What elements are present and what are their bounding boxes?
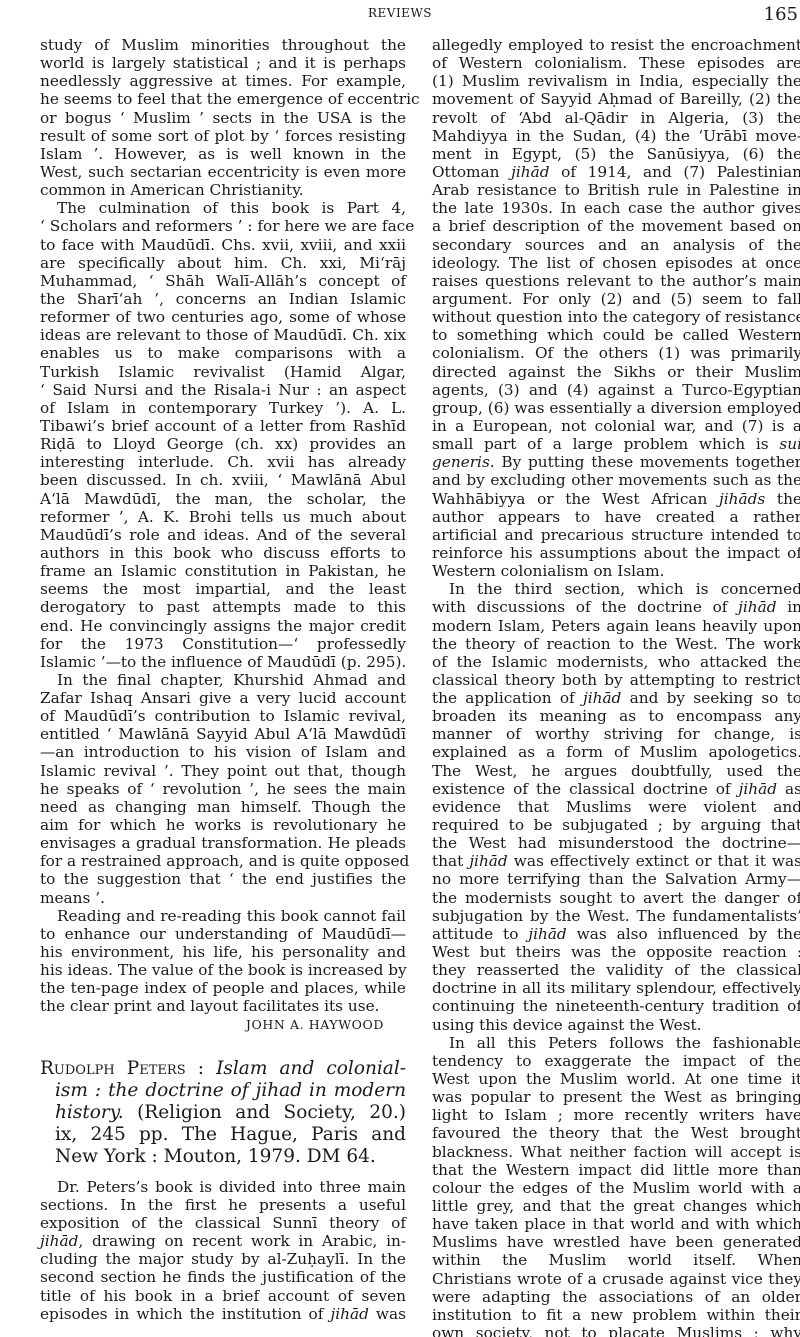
- text-line: Islamic revival ’. They point out that, …: [40, 762, 406, 780]
- text-line: to face with Maudūdī. Chs. xvii, xviii, …: [40, 236, 406, 254]
- text-line: Arab resistance to British rule in Pales…: [432, 181, 800, 199]
- text-line: he seems to feel that the emergence of e…: [40, 90, 406, 108]
- text-line: Wahhābiyya or the West African jihāds th…: [432, 490, 800, 508]
- text-line: broaden its meaning as to encompass any: [432, 707, 800, 725]
- text-line: classical theory both by attempting to r…: [432, 671, 800, 689]
- paragraph-final-chapter: In the final chapter, Khurshid Ahmad and…: [40, 671, 406, 907]
- text-line: second section he finds the justificatio…: [40, 1268, 406, 1286]
- text-line: the ten-page index of people and places,…: [40, 979, 406, 997]
- text-line: seems the most impartial, and the least: [40, 580, 406, 598]
- series-info: (Religion and Society, 20.): [124, 1102, 406, 1123]
- text-line: Turkish Islamic revivalist (Hamid Algar,: [40, 363, 406, 381]
- text-line: his environment, his life, his personali…: [40, 943, 406, 961]
- text-line: the clear print and layout facilitates i…: [40, 997, 406, 1015]
- text-line: Riḍā to Lloyd George (ch. xx) provides a…: [40, 435, 406, 453]
- text-line: they reasserted the validity of the clas…: [432, 961, 800, 979]
- text-line: means ’.: [40, 889, 406, 907]
- text-line: using this device against the West.: [432, 1016, 800, 1034]
- text-line: West upon the Muslim world. At one time …: [432, 1070, 800, 1088]
- text-line: generis. By putting these movements toge…: [432, 453, 800, 471]
- text-line: The West, he argues doubtfully, used the: [432, 762, 800, 780]
- text-line: common in American Christianity.: [40, 181, 406, 199]
- paragraph-culmination: The culmination of this book is Part 4, …: [40, 199, 406, 671]
- text-line: of Western colonialism. These episodes a…: [432, 54, 800, 72]
- text-line: In the third section, which is concerned: [432, 580, 800, 598]
- text-line: ment in Egypt, (5) the Sanūsiyya, (6) th…: [432, 145, 800, 163]
- text-line: Muhammad, ‘ Shāh Walī-Allāh’s concept of: [40, 272, 406, 290]
- text-line: tendency to exaggerate the impact of the: [432, 1052, 800, 1070]
- text-line: or bogus ‘ Muslim ’ sects in the USA is …: [40, 109, 406, 127]
- text-line: in a European, not colonial war, and (7)…: [432, 417, 800, 435]
- running-head: REVIEWS 165: [0, 4, 800, 26]
- text-line: and by excluding other movements such as…: [432, 471, 800, 489]
- text-line: interesting interlude. Ch. xvii has alre…: [40, 453, 406, 471]
- text-line: envisages a gradual transformation. He p…: [40, 834, 406, 852]
- text-line: to the suggestion that ‘ the end justifi…: [40, 870, 406, 888]
- left-column: study of Muslim minorities throughout th…: [40, 36, 406, 1323]
- text-line: the West had misunderstood the doctrine—: [432, 834, 800, 852]
- text-line: ‘ Said Nursi and the Risala-i Nur : an a…: [40, 381, 406, 399]
- text-line: West but theirs was the opposite reactio…: [432, 943, 800, 961]
- text-line: ideas are relevant to those of Maudūdī. …: [40, 326, 406, 344]
- page-number: 165: [764, 4, 798, 25]
- text-line: In the final chapter, Khurshid Ahmad and: [40, 671, 406, 689]
- text-line: the modernists sought to avert the dange…: [432, 889, 800, 907]
- text-line: colonialism. Of the others (1) was prima…: [432, 344, 800, 362]
- paragraph-conclusion: Reading and re-reading this book cannot …: [40, 907, 406, 1016]
- reviewer-signature: JOHN A. HAYWOOD: [40, 1016, 406, 1034]
- text-line: to enhance our understanding of Maudūdī—: [40, 925, 406, 943]
- text-line: ideology. The list of chosen episodes at…: [432, 254, 800, 272]
- text-line: attitude to jihād was also influenced by…: [432, 925, 800, 943]
- text-line: the application of jihād and by seeking …: [432, 689, 800, 707]
- text-line: entitled ‘ Mawlānā Sayyid Abul A‘lā Mawd…: [40, 725, 406, 743]
- text-line: jihād, drawing on recent work in Arabic,…: [40, 1232, 406, 1250]
- text-line: the theory of reaction to the West. The …: [432, 635, 800, 653]
- text-line: existence of the classical doctrine of j…: [432, 780, 800, 798]
- text-line: institution to fit a new problem within …: [432, 1306, 800, 1324]
- text-line: continuing the nineteenth-century tradit…: [432, 997, 800, 1015]
- text-line: the Sharī‘ah ’, concerns an Indian Islam…: [40, 290, 406, 308]
- text-line: episodes in which the institution of jih…: [40, 1305, 406, 1323]
- text-line: little grey, and that the great changes …: [432, 1197, 800, 1215]
- text-line: a brief description of the movement base…: [432, 217, 800, 235]
- text-line: colour the edges of the Muslim world wit…: [432, 1179, 800, 1197]
- text-line: was popular to present the West as bring…: [432, 1088, 800, 1106]
- text-line: frame an Islamic constitution in Pakista…: [40, 562, 406, 580]
- heading-line: Rudolph Peters : Islam and colonial-: [40, 1058, 406, 1080]
- text-line: ‘ Scholars and reformers ’ : for here we…: [40, 217, 406, 235]
- text-line: his ideas. The value of the book is incr…: [40, 961, 406, 979]
- text-line: own society, not to placate Muslims ; wh…: [432, 1324, 800, 1337]
- text-line: he speaks of ‘ revolution ’, he sees the…: [40, 780, 406, 798]
- text-line: authors in this book who discuss efforts…: [40, 544, 406, 562]
- text-line: The culmination of this book is Part 4,: [40, 199, 406, 217]
- text-line: are specifically about him. Ch. xxi, Mi‘…: [40, 254, 406, 272]
- text-line: explained as a form of Muslim apologetic…: [432, 743, 800, 761]
- text-line: required to be subjugated ; by arguing t…: [432, 816, 800, 834]
- text-line: enables us to make comparisons with a: [40, 344, 406, 362]
- text-line: evidence that Muslims were violent and: [432, 798, 800, 816]
- text-line: no more terrifying than the Salvation Ar…: [432, 870, 800, 888]
- text-line: —an introduction to his vision of Islam …: [40, 743, 406, 761]
- text-line: A‘lā Mawdūdī, the man, the scholar, the: [40, 490, 406, 508]
- text-line: Islamic ’—to the influence of Maudūdī (p…: [40, 653, 406, 671]
- text-line: subjugation by the West. The fundamental…: [432, 907, 800, 925]
- text-line: blackness. What neither faction will acc…: [432, 1143, 800, 1161]
- text-line: Mahdiyya in the Sudan, (4) the ‘Urābī mo…: [432, 127, 800, 145]
- review-heading: Rudolph Peters : Islam and colonial- ism…: [40, 1058, 406, 1168]
- text-line: author appears to have created a rather: [432, 508, 800, 526]
- text-line: Ottoman jihād of 1914, and (7) Palestini…: [432, 163, 800, 181]
- text-line: world is largely statistical ; and it is…: [40, 54, 406, 72]
- text-line: end. He convincingly assigns the major c…: [40, 617, 406, 635]
- text-line: West, such sectarian eccentricity is eve…: [40, 163, 406, 181]
- text-line: of Maudūdī’s contribution to Islamic rev…: [40, 707, 406, 725]
- paragraph-minorities: study of Muslim minorities throughout th…: [40, 36, 406, 199]
- text-line: Islam ’. However, as is well known in th…: [40, 145, 406, 163]
- text-line: reformer of two centuries ago, some of w…: [40, 308, 406, 326]
- text-line: have taken place in that world and with …: [432, 1215, 800, 1233]
- text-line: movement of Sayyid Aḥmad of Bareilly, (2…: [432, 90, 800, 108]
- text-line: of the Islamic modernists, who attacked …: [432, 653, 800, 671]
- text-line: Maudūdī’s role and ideas. And of the sev…: [40, 526, 406, 544]
- text-line: raises questions relevant to the author’…: [432, 272, 800, 290]
- text-line: Muslims have wrestled have been generate…: [432, 1233, 800, 1251]
- text-line: need as changing man himself. Though the: [40, 798, 406, 816]
- text-line: Zafar Ishaq Ansari give a very lucid acc…: [40, 689, 406, 707]
- text-line: were adapting the associations of an old…: [432, 1288, 800, 1306]
- text-line: title of his book in a brief account of …: [40, 1287, 406, 1305]
- book-author: Rudolph Peters: [40, 1058, 186, 1079]
- text-line: to something which could be called Weste…: [432, 326, 800, 344]
- text-line: modern Islam, Peters again leans heavily…: [432, 617, 800, 635]
- text-line: been discussed. In ch. xviii, ‘ Mawlānā …: [40, 471, 406, 489]
- text-line: Tibawi’s brief account of a letter from …: [40, 417, 406, 435]
- text-line: small part of a large problem which is s…: [432, 435, 800, 453]
- text-line: aim for which he works is revolutionary …: [40, 816, 406, 834]
- text-line: within the Muslim world itself. When: [432, 1251, 800, 1269]
- text-line: doctrine in all its military splendour, …: [432, 979, 800, 997]
- text-line: agents, (3) and (4) against a Turco-Egyp…: [432, 381, 800, 399]
- text-line: (1) Muslim revivalism in India, especial…: [432, 72, 800, 90]
- text-line: of Islam in contemporary Turkey ’). A. L…: [40, 399, 406, 417]
- text-line: In all this Peters follows the fashionab…: [432, 1034, 800, 1052]
- text-line: study of Muslim minorities throughout th…: [40, 36, 406, 54]
- paragraph-peters-intro: Dr. Peters’s book is divided into three …: [40, 1178, 406, 1323]
- paragraph-episodes: allegedly employed to resist the encroac…: [432, 36, 800, 580]
- text-line: light to Islam ; more recently writers h…: [432, 1106, 800, 1124]
- text-line: Christians wrote of a crusade against vi…: [432, 1270, 800, 1288]
- text-line: Reading and re-reading this book cannot …: [40, 907, 406, 925]
- text-line: for the 1973 Constitution—‘ professedly: [40, 635, 406, 653]
- text-line: allegedly employed to resist the encroac…: [432, 36, 800, 54]
- text-line: derogatory to past attempts made to this: [40, 598, 406, 616]
- text-line: Dr. Peters’s book is divided into three …: [40, 1178, 406, 1196]
- text-line: result of some sort of plot by ‘ forces …: [40, 127, 406, 145]
- text-line: Western colonialism on Islam.: [432, 562, 800, 580]
- text-line: reformer ’, A. K. Brohi tells us much ab…: [40, 508, 406, 526]
- text-line: for a restrained approach, and is quite …: [40, 852, 406, 870]
- paragraph-third-section: In the third section, which is concerned…: [432, 580, 800, 1034]
- text-line: group, (6) was essentially a diversion e…: [432, 399, 800, 417]
- text-line: revolt of ‘Abd al-Qādir in Algeria, (3) …: [432, 109, 800, 127]
- text-line: cluding the major study by al-Zuḥaylī. I…: [40, 1250, 406, 1268]
- text-line: the late 1930s. In each case the author …: [432, 199, 800, 217]
- book-title: Islam and colonial-: [216, 1058, 406, 1079]
- publisher-info: New York : Mouton, 1979. DM 64.: [40, 1146, 406, 1168]
- right-column: allegedly employed to resist the encroac…: [432, 36, 800, 1337]
- text-line: secondary sources and an analysis of the: [432, 236, 800, 254]
- text-line: manner of worthy striving for change, is: [432, 725, 800, 743]
- text-line: without question into the category of re…: [432, 308, 800, 326]
- running-title: REVIEWS: [0, 6, 800, 20]
- publication-info: ix, 245 pp. The Hague, Paris and: [40, 1124, 406, 1146]
- text-line: artificial and precarious structure inte…: [432, 526, 800, 544]
- text-line: that jihād was effectively extinct or th…: [432, 852, 800, 870]
- heading-line: ism : the doctrine of jihad in modern: [40, 1080, 406, 1102]
- text-line: favoured the theory that the West brough…: [432, 1124, 800, 1142]
- text-line: exposition of the classical Sunnī theory…: [40, 1214, 406, 1232]
- text-line: sections. In the first he presents a use…: [40, 1196, 406, 1214]
- text-line: that the Western impact did little more …: [432, 1161, 800, 1179]
- text-line: needlessly aggressive at times. For exam…: [40, 72, 406, 90]
- text-line: directed against the Sikhs or their Musl…: [432, 363, 800, 381]
- text-line: argument. For only (2) and (5) seem to f…: [432, 290, 800, 308]
- paragraph-fashionable-tendency: In all this Peters follows the fashionab…: [432, 1034, 800, 1337]
- text-line: with discussions of the doctrine of jihā…: [432, 598, 800, 616]
- heading-line: history. (Religion and Society, 20.): [40, 1102, 406, 1124]
- text-line: reinforce his assumptions about the impa…: [432, 544, 800, 562]
